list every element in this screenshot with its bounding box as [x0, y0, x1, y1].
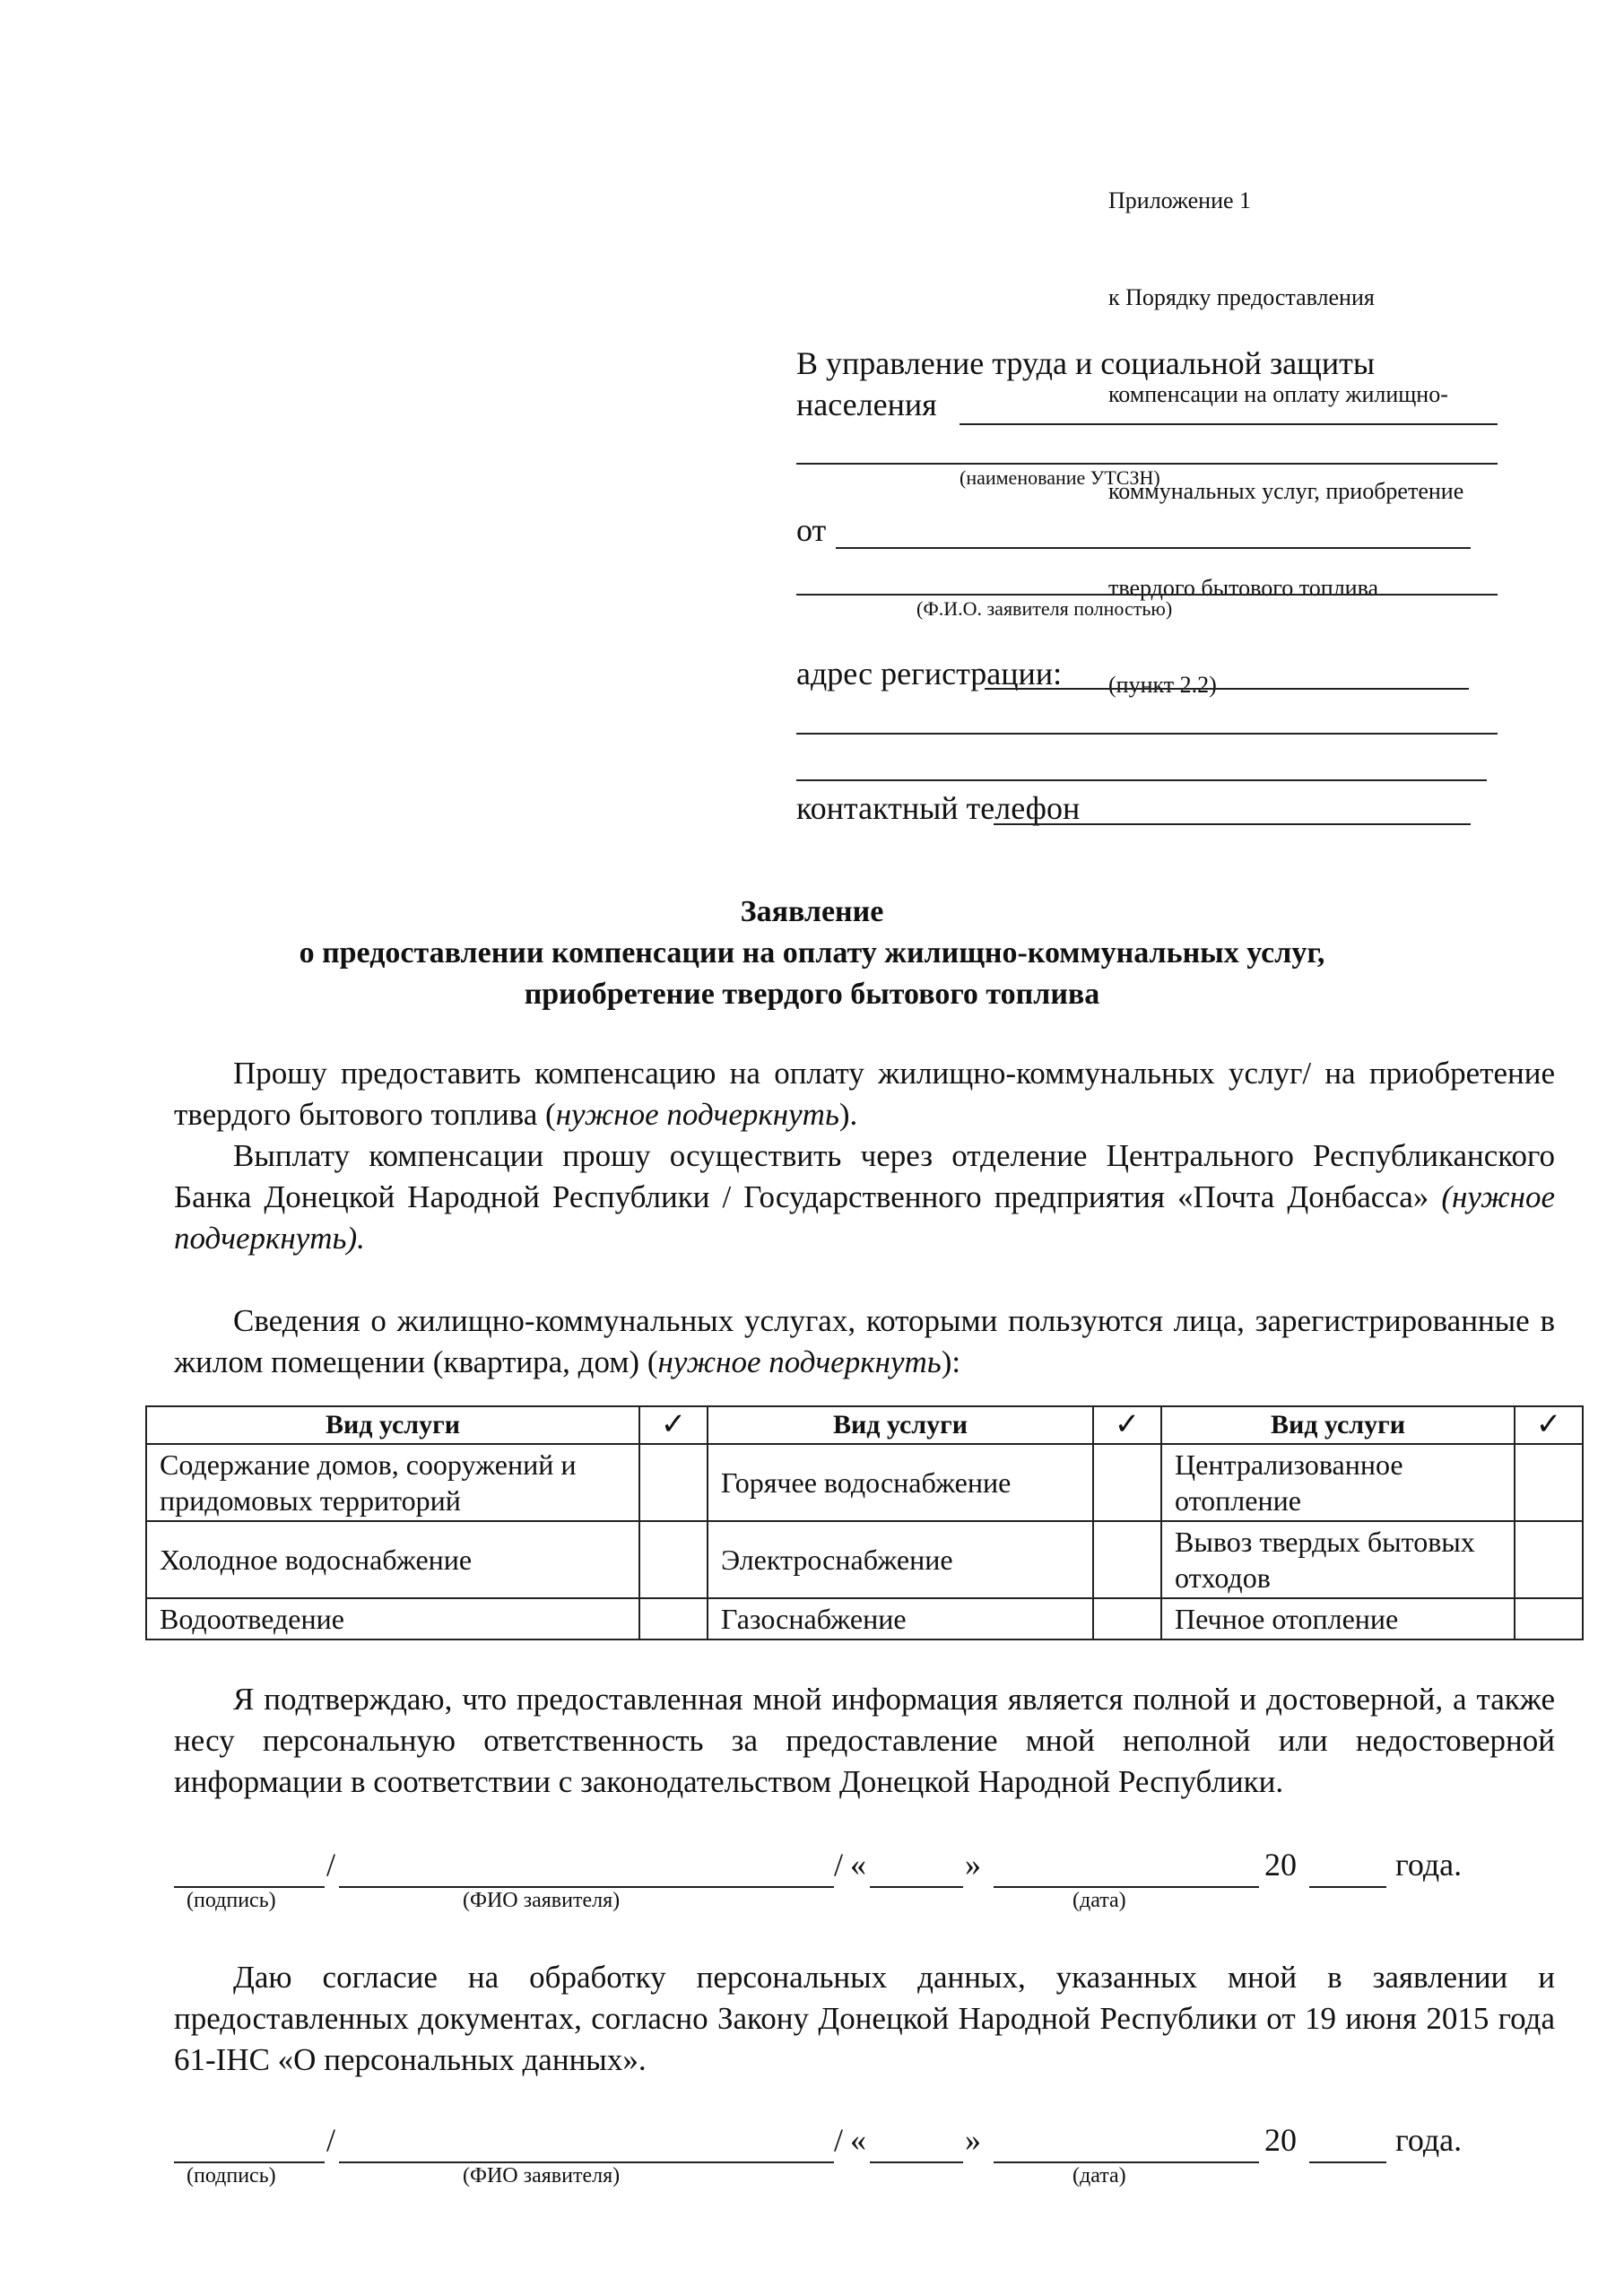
annex-reference: Приложение 1 к Порядку предоставления ко…: [1108, 120, 1463, 734]
separator: /: [326, 2121, 335, 2159]
phone-field[interactable]: [994, 823, 1471, 825]
service-name: Газоснабжение: [708, 1598, 1093, 1639]
year-field[interactable]: [1309, 2161, 1386, 2163]
fio-caption: (ФИО заявителя): [463, 1889, 620, 1913]
applicant-fio-field[interactable]: [836, 547, 1471, 549]
service-name: Водоотведение: [146, 1598, 639, 1639]
year-prefix: 20: [1264, 2121, 1297, 2159]
quote-open: «: [850, 2121, 866, 2159]
day-field[interactable]: [870, 1886, 963, 1888]
service-name: Печное отопление: [1161, 1598, 1515, 1639]
phone-label: контактный телефон: [796, 789, 1080, 827]
addressee-population-label: населения: [796, 386, 937, 423]
service-checkbox[interactable]: [639, 1598, 708, 1639]
confirmation-paragraph: Я подтверждаю, что предоставленная мной …: [174, 1679, 1555, 1803]
applicant-fio-field-line2[interactable]: [796, 594, 1498, 596]
service-name: Содержание домов, сооружений и придомовы…: [146, 1444, 639, 1521]
checkmark-icon: ✓: [1515, 1406, 1583, 1444]
annex-line: коммунальных услуг, приобретение: [1108, 475, 1463, 508]
address-field-line2[interactable]: [796, 733, 1498, 735]
fio-field[interactable]: [339, 2161, 834, 2163]
from-label: от: [796, 511, 826, 549]
consent-paragraph: Даю согласие на обработку персональных д…: [174, 1957, 1555, 2081]
fio-caption: (Ф.И.О. заявителя полностью): [916, 597, 1172, 621]
year-suffix: года.: [1395, 2121, 1462, 2159]
address-label: адрес регистрации:: [796, 655, 1062, 692]
year-field[interactable]: [1309, 1886, 1386, 1888]
table-header-row: Вид услуги ✓ Вид услуги ✓ Вид услуги ✓: [146, 1406, 1583, 1444]
annex-line: Приложение 1: [1108, 185, 1463, 217]
document-title: Заявление о предоставлении компенсации н…: [0, 891, 1624, 1015]
service-name: Вывоз твердых бытовых отходов: [1161, 1521, 1515, 1598]
address-field[interactable]: [985, 688, 1469, 690]
checkmark-icon: ✓: [639, 1406, 708, 1444]
service-checkbox[interactable]: [1093, 1521, 1161, 1598]
annex-line: к Порядку предоставления: [1108, 282, 1463, 314]
service-checkbox[interactable]: [1515, 1521, 1583, 1598]
title-line: приобретение твердого бытового топлива: [0, 974, 1624, 1015]
column-header: Вид услуги: [1161, 1406, 1515, 1444]
utszn-caption: (наименование УТСЗН): [960, 466, 1160, 490]
payment-paragraph: Выплату компенсации прошу осуществить че…: [174, 1135, 1555, 1259]
fio-field[interactable]: [339, 1886, 834, 1888]
service-name: Холодное водоснабжение: [146, 1521, 639, 1598]
underline-note: нужное подчеркнуть: [556, 1097, 839, 1132]
year-suffix: года.: [1395, 1846, 1462, 1883]
service-checkbox[interactable]: [1093, 1598, 1161, 1639]
column-header: Вид услуги: [708, 1406, 1093, 1444]
table-row: Холодное водоснабжение Электроснабжение …: [146, 1521, 1583, 1598]
signature-field[interactable]: [174, 1886, 325, 1888]
year-prefix: 20: [1264, 1846, 1297, 1883]
service-checkbox[interactable]: [1515, 1598, 1583, 1639]
separator: /: [326, 1846, 335, 1883]
checkmark-icon: ✓: [1093, 1406, 1161, 1444]
consent-section: Даю согласие на обработку персональных д…: [174, 1957, 1555, 2081]
service-name: Электроснабжение: [708, 1521, 1093, 1598]
service-name: Горячее водоснабжение: [708, 1444, 1093, 1521]
title-line: о предоставлении компенсации на оплату ж…: [0, 933, 1624, 974]
table-row: Содержание домов, сооружений и придомовы…: [146, 1444, 1583, 1521]
confirmation-section: Я подтверждаю, что предоставленная мной …: [174, 1679, 1555, 1803]
annex-line: компенсации на оплату жилищно-: [1108, 378, 1463, 411]
signature-field[interactable]: [174, 2161, 325, 2163]
separator: /: [834, 1846, 843, 1883]
column-header: Вид услуги: [146, 1406, 639, 1444]
day-field[interactable]: [870, 2161, 963, 2163]
month-field[interactable]: [994, 1886, 1259, 1888]
separator: /: [834, 2121, 843, 2159]
quote-open: «: [850, 1846, 866, 1883]
services-table: Вид услуги ✓ Вид услуги ✓ Вид услуги ✓ С…: [145, 1405, 1584, 1640]
table-row: Водоотведение Газоснабжение Печное отопл…: [146, 1598, 1583, 1639]
addressee-line: В управление труда и социальной защиты: [796, 344, 1375, 382]
service-checkbox[interactable]: [1093, 1444, 1161, 1521]
quote-close: »: [965, 2121, 981, 2159]
utszn-name-field[interactable]: [960, 423, 1498, 425]
address-field-line3[interactable]: [796, 779, 1487, 781]
annex-line: (пункт 2.2): [1108, 669, 1463, 701]
quote-close: »: [965, 1846, 981, 1883]
signature-caption: (подпись): [187, 2164, 276, 2188]
service-checkbox[interactable]: [639, 1444, 708, 1521]
date-caption: (дата): [1073, 1889, 1126, 1913]
service-name: Централизованное отопление: [1161, 1444, 1515, 1521]
services-paragraph: Сведения о жилищно-коммунальных услугах,…: [174, 1300, 1555, 1383]
underline-note: нужное подчеркнуть: [658, 1344, 942, 1379]
signature-caption: (подпись): [187, 1889, 276, 1913]
fio-caption: (ФИО заявителя): [463, 2164, 620, 2188]
service-checkbox[interactable]: [1515, 1444, 1583, 1521]
date-caption: (дата): [1073, 2164, 1126, 2188]
request-section: Прошу предоставить компенсацию на оплату…: [174, 1053, 1555, 1259]
utszn-name-field-line2[interactable]: [796, 463, 1498, 465]
services-intro: Сведения о жилищно-коммунальных услугах,…: [174, 1300, 1555, 1383]
title-line: Заявление: [0, 891, 1624, 933]
request-paragraph: Прошу предоставить компенсацию на оплату…: [174, 1053, 1555, 1135]
service-checkbox[interactable]: [639, 1521, 708, 1598]
month-field[interactable]: [994, 2161, 1259, 2163]
